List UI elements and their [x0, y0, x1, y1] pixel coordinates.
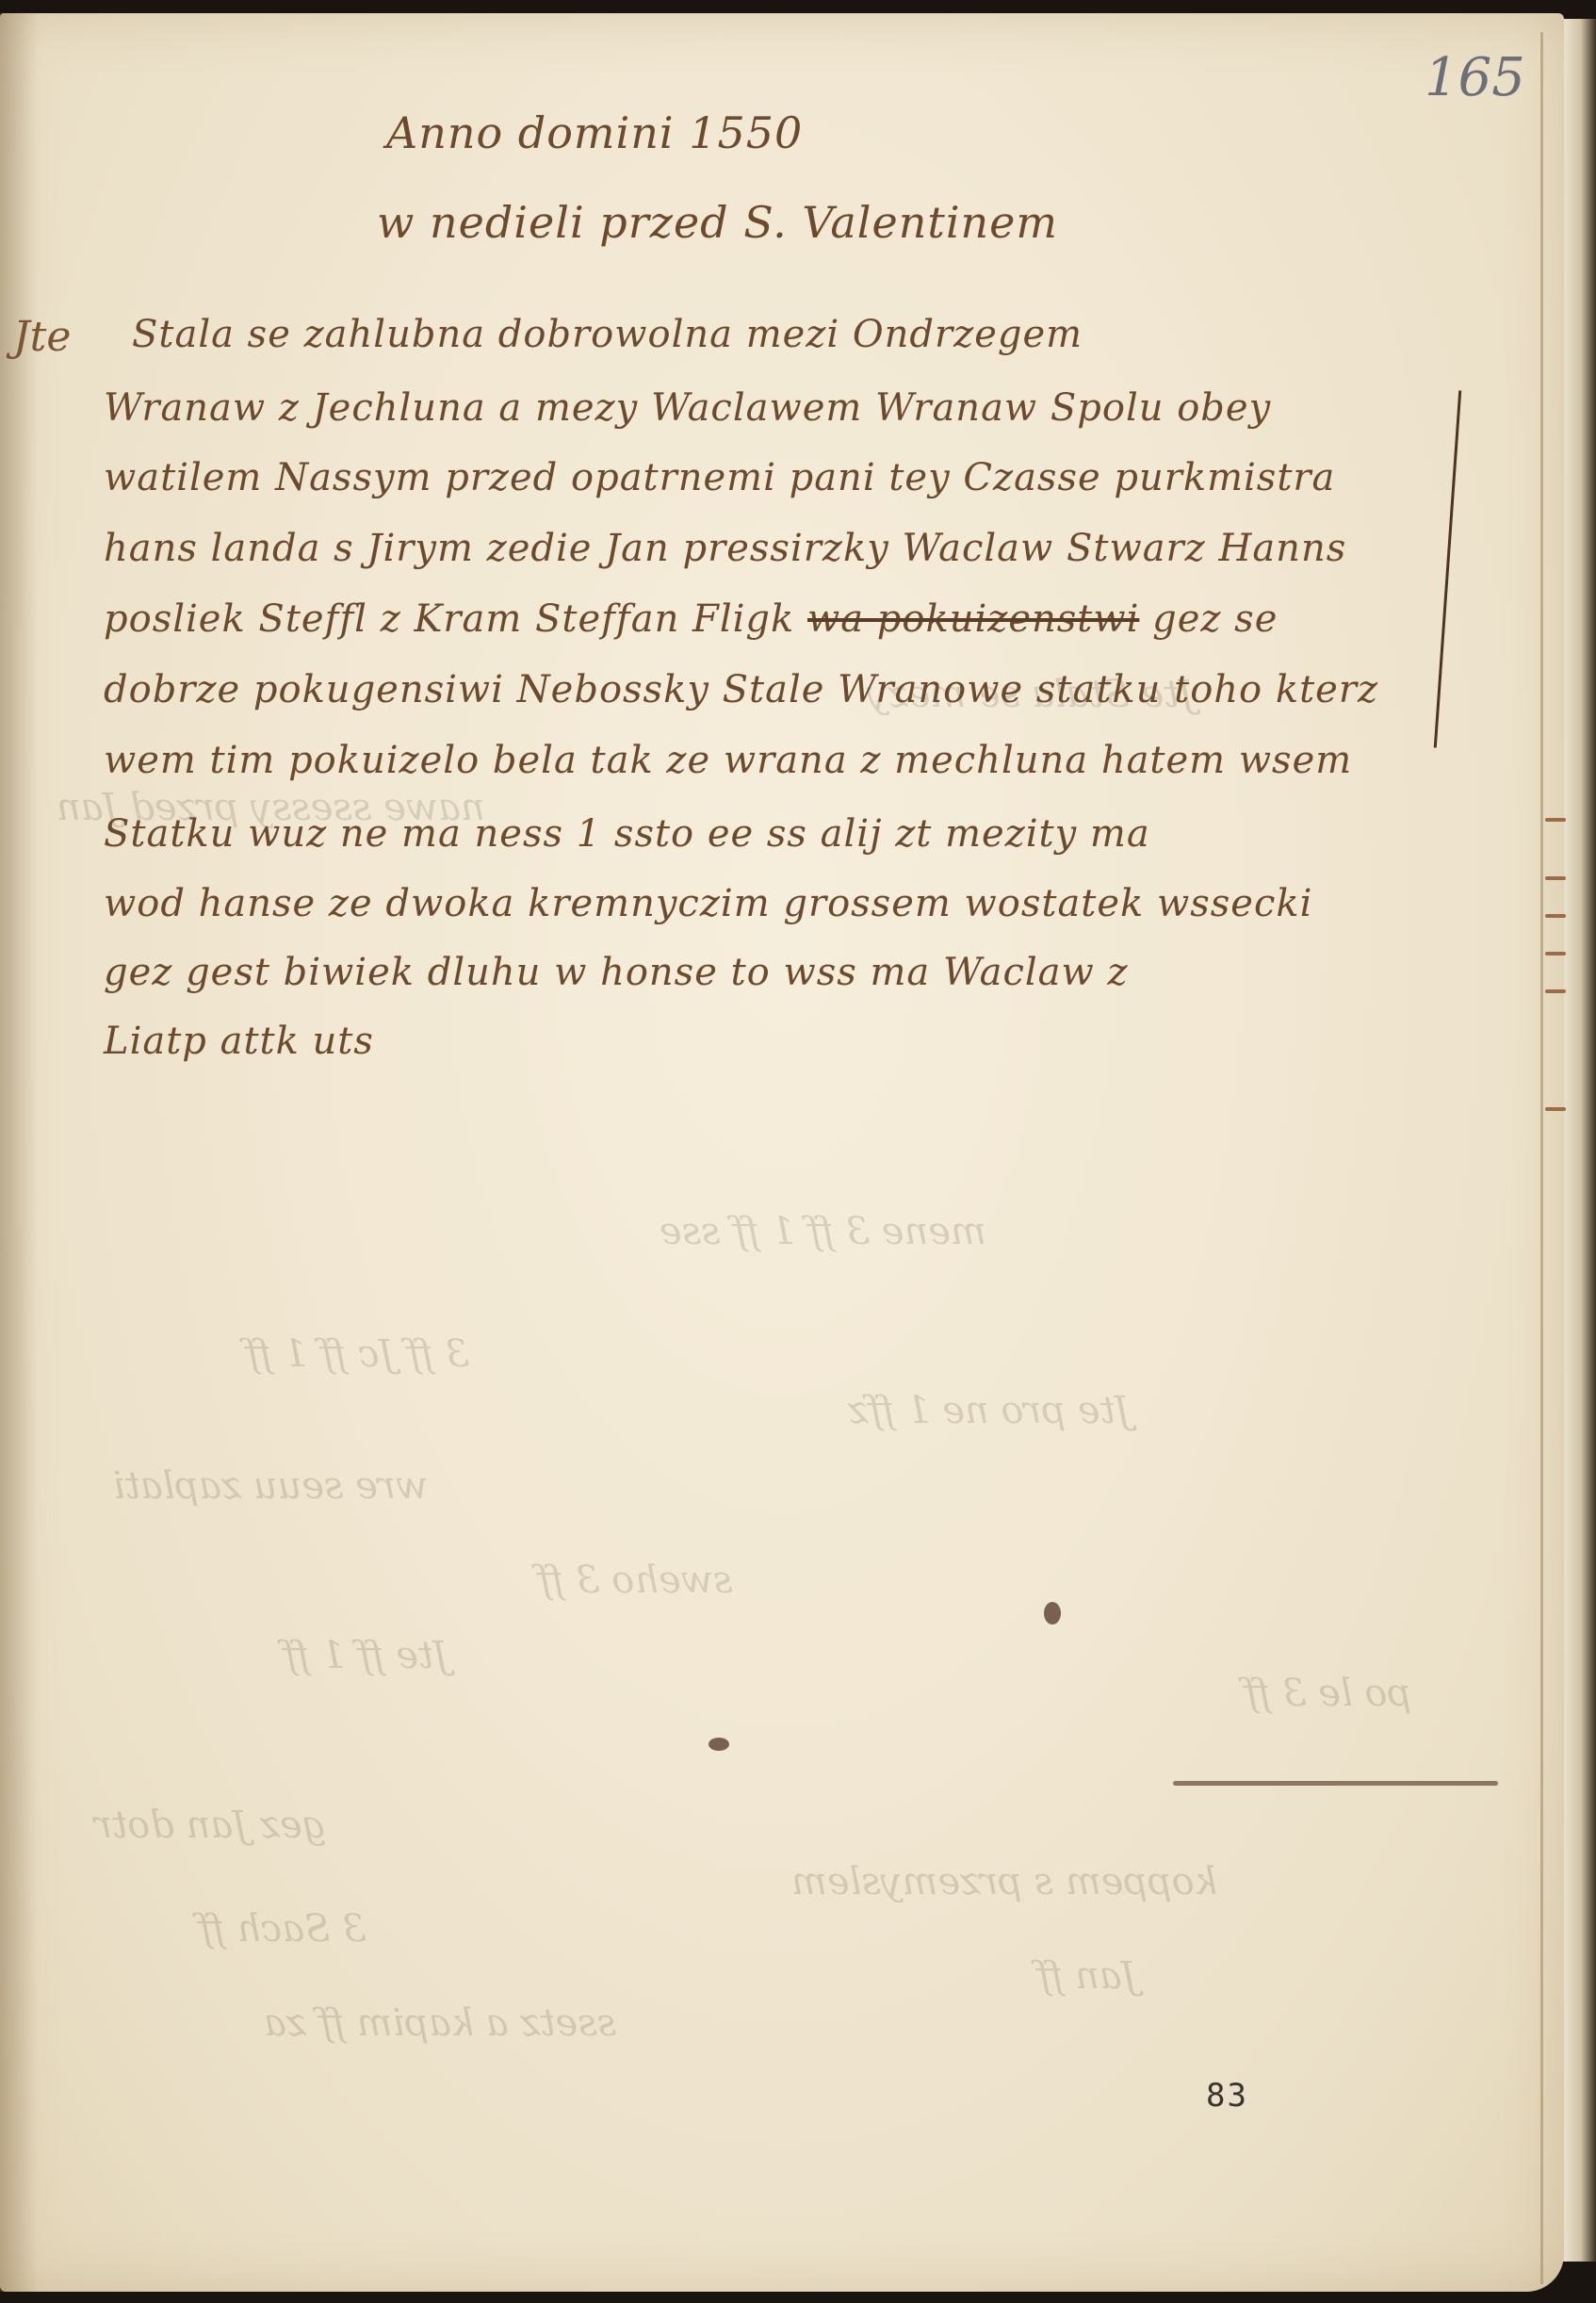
text-line: wod hanse ze dwoka kremnyczim grossem wo… — [104, 882, 1312, 925]
text-line: Wranaw z Jechluna a mezy Waclawem Wranaw… — [104, 386, 1271, 430]
text-line: posliek Steffl z Kram Steffan Fligk wa p… — [104, 597, 1278, 641]
heading-date-line: Anno domini 1550 — [386, 107, 803, 158]
manuscript-page: Jte Stala se mezy nawe ssessy przed Jan … — [0, 13, 1564, 2292]
folio-number: 165 — [1425, 47, 1525, 108]
bleed-through-text: koppem s przemyslem — [791, 1860, 1217, 1903]
bleed-through-text: gez Jan dotr — [94, 1804, 326, 1847]
bleed-through-text: sweho 3 ff — [537, 1559, 733, 1602]
bleed-through-text: 3 ff Jc ff 1 ff — [245, 1332, 469, 1376]
text-line: dobrze pokugensiwi Nebossky Stale Wranow… — [104, 668, 1378, 711]
binding-tab-mark — [1545, 914, 1566, 918]
bleed-through-text: 3 Sach ff — [198, 1907, 366, 1951]
archive-stamp-number: 83 — [1206, 2077, 1248, 2115]
struck-text: wa pokuizenstwi — [807, 597, 1139, 641]
marginal-bracket-line — [1434, 390, 1462, 747]
text-line: hans landa s Jirym zedie Jan pressirzky … — [104, 527, 1346, 570]
bleed-through-text: ssetz a kapim ff za — [264, 2001, 616, 2045]
text-line: Stala se zahlubna dobrowolna mezi Ondrze… — [132, 313, 1083, 356]
ink-blot — [708, 1738, 729, 1751]
bleed-through-text: mene 3 ff 1 ff sse — [660, 1210, 986, 1253]
text-segment: posliek Steffl z Kram Steffan Fligk — [104, 597, 794, 641]
section-divider-rule — [1173, 1781, 1498, 1786]
text-line: gez gest biwiek dluhu w honse to wss ma … — [104, 951, 1129, 994]
margin-annotation: Jte — [13, 313, 71, 361]
bleed-through-text: wre seuu zaplati — [113, 1464, 428, 1508]
binding-tab-mark — [1545, 818, 1566, 822]
binding-tab-mark — [1545, 989, 1566, 993]
bleed-through-text: Jte pro ne 1 ffz — [848, 1389, 1131, 1432]
text-line: Liatp attk uts — [104, 1020, 374, 1063]
binding-tab-mark — [1545, 952, 1566, 955]
bleed-through-text: po le 3 ff — [1244, 1672, 1411, 1715]
bleed-through-text: Jte ff 1 ff — [283, 1634, 448, 1677]
binding-tab-mark — [1545, 1107, 1566, 1111]
text-segment: gez se — [1152, 597, 1278, 641]
text-line: wem tim pokuizelo bela tak ze wrana z me… — [104, 739, 1352, 782]
ink-blot — [1044, 1602, 1061, 1625]
text-line: Statku wuz ne ma ness 1 ssto ee ss alij … — [104, 812, 1150, 856]
page-fold-line — [1540, 32, 1543, 2284]
bleed-through-text: Jan ff — [1036, 1954, 1137, 1998]
heading-day-line: w nedieli przed S. Valentinem — [377, 197, 1058, 248]
binding-tab-mark — [1545, 876, 1566, 880]
text-line: watilem Nassym przed opatrnemi pani tey … — [104, 456, 1335, 499]
